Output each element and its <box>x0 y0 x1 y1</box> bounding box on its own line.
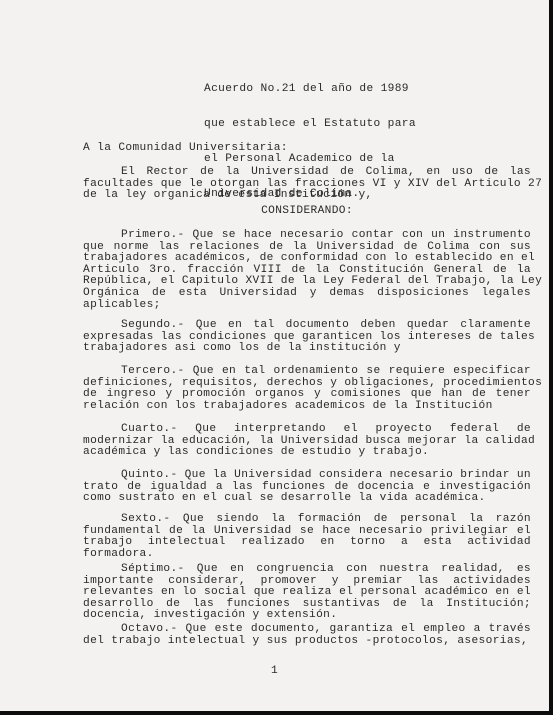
header-line: el Personal Academico de la <box>204 154 454 166</box>
intro-line: de la ley organica de esta Institución y… <box>83 190 531 202</box>
document-page: Acuerdo No.21 del año de 1989 que establ… <box>0 0 549 711</box>
paragraph-line: como sustrato en el cual se desarrolle l… <box>83 493 531 505</box>
paragraph-tercero: Tercero.- Que en tal ordenamiento se req… <box>83 366 531 412</box>
header-line: Acuerdo No.21 del año de 1989 <box>204 84 454 96</box>
paragraph-segundo: Segundo.- Que en tal documento deben que… <box>83 320 531 355</box>
paragraph-primero: Primero.- Que se hace necesario contar c… <box>83 230 531 311</box>
paragraph-sexto: Sexto.- Que siendo la formación de perso… <box>83 514 531 560</box>
paragraph-quinto: Quinto.- Que la Universidad considera ne… <box>83 470 531 505</box>
paragraph-line: formadora. <box>83 549 531 561</box>
paragraph-line: aplicables; <box>83 300 531 312</box>
paragraph-line: Sexto.- Que siendo la formación de perso… <box>83 514 531 526</box>
paragraph-line: relación con los trabajadores academicos… <box>83 401 531 413</box>
paragraph-line: trabajadores asi como los de la instituc… <box>83 343 531 355</box>
paragraph-septimo: Séptimo.- Que en congruencia con nuestra… <box>83 564 531 622</box>
paragraph-line: Octavo.- Que este documento, garantiza e… <box>83 624 531 636</box>
paragraph-line: Tercero.- Que en tal ordenamiento se req… <box>83 366 531 378</box>
paragraph-line: Primero.- Que se hace necesario contar c… <box>83 230 531 242</box>
paragraph-line: Séptimo.- Que en congruencia con nuestra… <box>83 564 531 576</box>
paragraph-line: académica y las condiciones de estudio y… <box>83 447 531 459</box>
header-line: que establece el Estatuto para <box>204 119 454 131</box>
intro-line: El Rector de la Universidad de Colima, e… <box>83 167 531 179</box>
paragraph-line: docencia, investigación y extensión. <box>83 610 531 622</box>
salutation: A la Comunidad Universitaria: <box>83 143 288 155</box>
paragraph-line: Orgánica de esta Universidad y demas dis… <box>83 288 531 300</box>
paragraph-line: Quinto.- Que la Universidad considera ne… <box>83 470 531 482</box>
paragraph-octavo: Octavo.- Que este documento, garantiza e… <box>83 624 531 647</box>
intro-paragraph: El Rector de la Universidad de Colima, e… <box>83 167 531 202</box>
paragraph-line: del trabajo intelectual y sus productos … <box>83 636 531 648</box>
paragraph-line: Segundo.- Que en tal documento deben que… <box>83 320 531 332</box>
paragraph-line: Cuarto.- Que interpretando el proyecto f… <box>83 424 531 436</box>
considerando-heading: CONSIDERANDO: <box>83 206 531 218</box>
page-number: 1 <box>0 666 549 678</box>
paragraph-cuarto: Cuarto.- Que interpretando el proyecto f… <box>83 424 531 459</box>
